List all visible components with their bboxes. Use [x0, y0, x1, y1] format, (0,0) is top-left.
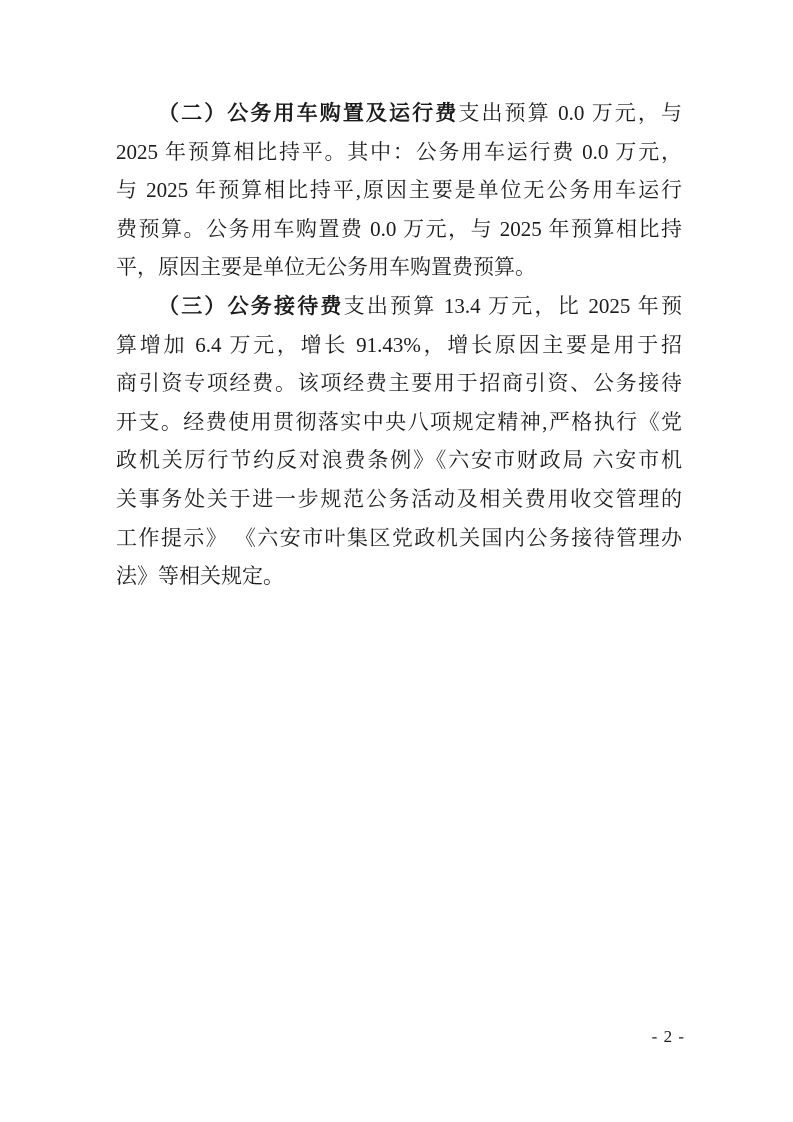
page-number: - 2 -: [652, 1026, 685, 1048]
body-text-segment: 商引资专项经费。该项经费主要用于招商引资、公务接待: [116, 371, 682, 395]
body-text-segment: 费预算。公务用车购置费 0.0 万元，与 2025 年预算相比持: [116, 217, 682, 241]
body-text-segment: 平，原因主要是单位无公务用车购置费预算。: [116, 255, 536, 279]
body-text-segment: 与 2025 年预算相比持平,原因主要是单位无公务用车运行: [116, 178, 682, 202]
body-text-segment: 支出预算 13.4 万元，比 2025 年预: [344, 294, 682, 318]
body-text-segment: 关事务处关于进一步规范公务活动及相关费用收交管理的: [116, 487, 682, 511]
bold-heading-segment: （二）公务用车购置及运行费: [158, 101, 458, 125]
text-line: 与 2025 年预算相比持平,原因主要是单位无公务用车运行: [116, 171, 682, 210]
text-line: （二）公务用车购置及运行费支出预算 0.0 万元，与: [116, 94, 682, 133]
para-official-vehicle-expense: （二）公务用车购置及运行费支出预算 0.0 万元，与2025 年预算相比持平。其…: [116, 94, 682, 287]
text-line: 法》等相关规定。: [116, 557, 682, 596]
body-text-segment: 算增加 6.4 万元，增长 91.43%，增长原因主要是用于招: [116, 333, 682, 357]
body-text-segment: 2025 年预算相比持平。其中：公务用车运行费 0.0 万元，: [116, 140, 682, 164]
bold-heading-segment: （三）公务接待费: [158, 294, 344, 318]
para-official-reception-expense: （三）公务接待费支出预算 13.4 万元，比 2025 年预算增加 6.4 万元…: [116, 287, 682, 596]
text-line: 关事务处关于进一步规范公务活动及相关费用收交管理的: [116, 480, 682, 519]
text-line: 商引资专项经费。该项经费主要用于招商引资、公务接待: [116, 364, 682, 403]
text-line: 工作提示》 《六安市叶集区党政机关国内公务接待管理办: [116, 519, 682, 558]
body-text-segment: 法》等相关规定。: [116, 564, 284, 588]
text-line: 平，原因主要是单位无公务用车购置费预算。: [116, 248, 682, 287]
text-line: 政机关厉行节约反对浪费条例》《六安市财政局 六安市机: [116, 441, 682, 480]
document-page: （二）公务用车购置及运行费支出预算 0.0 万元，与2025 年预算相比持平。其…: [0, 0, 793, 1122]
body-text-segment: 支出预算 0.0 万元，与: [458, 101, 682, 125]
body-text-segment: 开支。经费使用贯彻落实中央八项规定精神,严格执行《党: [116, 410, 682, 434]
body-text-segment: 工作提示》 《六安市叶集区党政机关国内公务接待管理办: [116, 526, 682, 550]
text-line: 算增加 6.4 万元，增长 91.43%，增长原因主要是用于招: [116, 326, 682, 365]
document-text-block: （二）公务用车购置及运行费支出预算 0.0 万元，与2025 年预算相比持平。其…: [116, 94, 682, 596]
text-line: 2025 年预算相比持平。其中：公务用车运行费 0.0 万元，: [116, 133, 682, 172]
text-line: （三）公务接待费支出预算 13.4 万元，比 2025 年预: [116, 287, 682, 326]
body-text-segment: 政机关厉行节约反对浪费条例》《六安市财政局 六安市机: [116, 448, 682, 472]
text-line: 费预算。公务用车购置费 0.0 万元，与 2025 年预算相比持: [116, 210, 682, 249]
text-line: 开支。经费使用贯彻落实中央八项规定精神,严格执行《党: [116, 403, 682, 442]
